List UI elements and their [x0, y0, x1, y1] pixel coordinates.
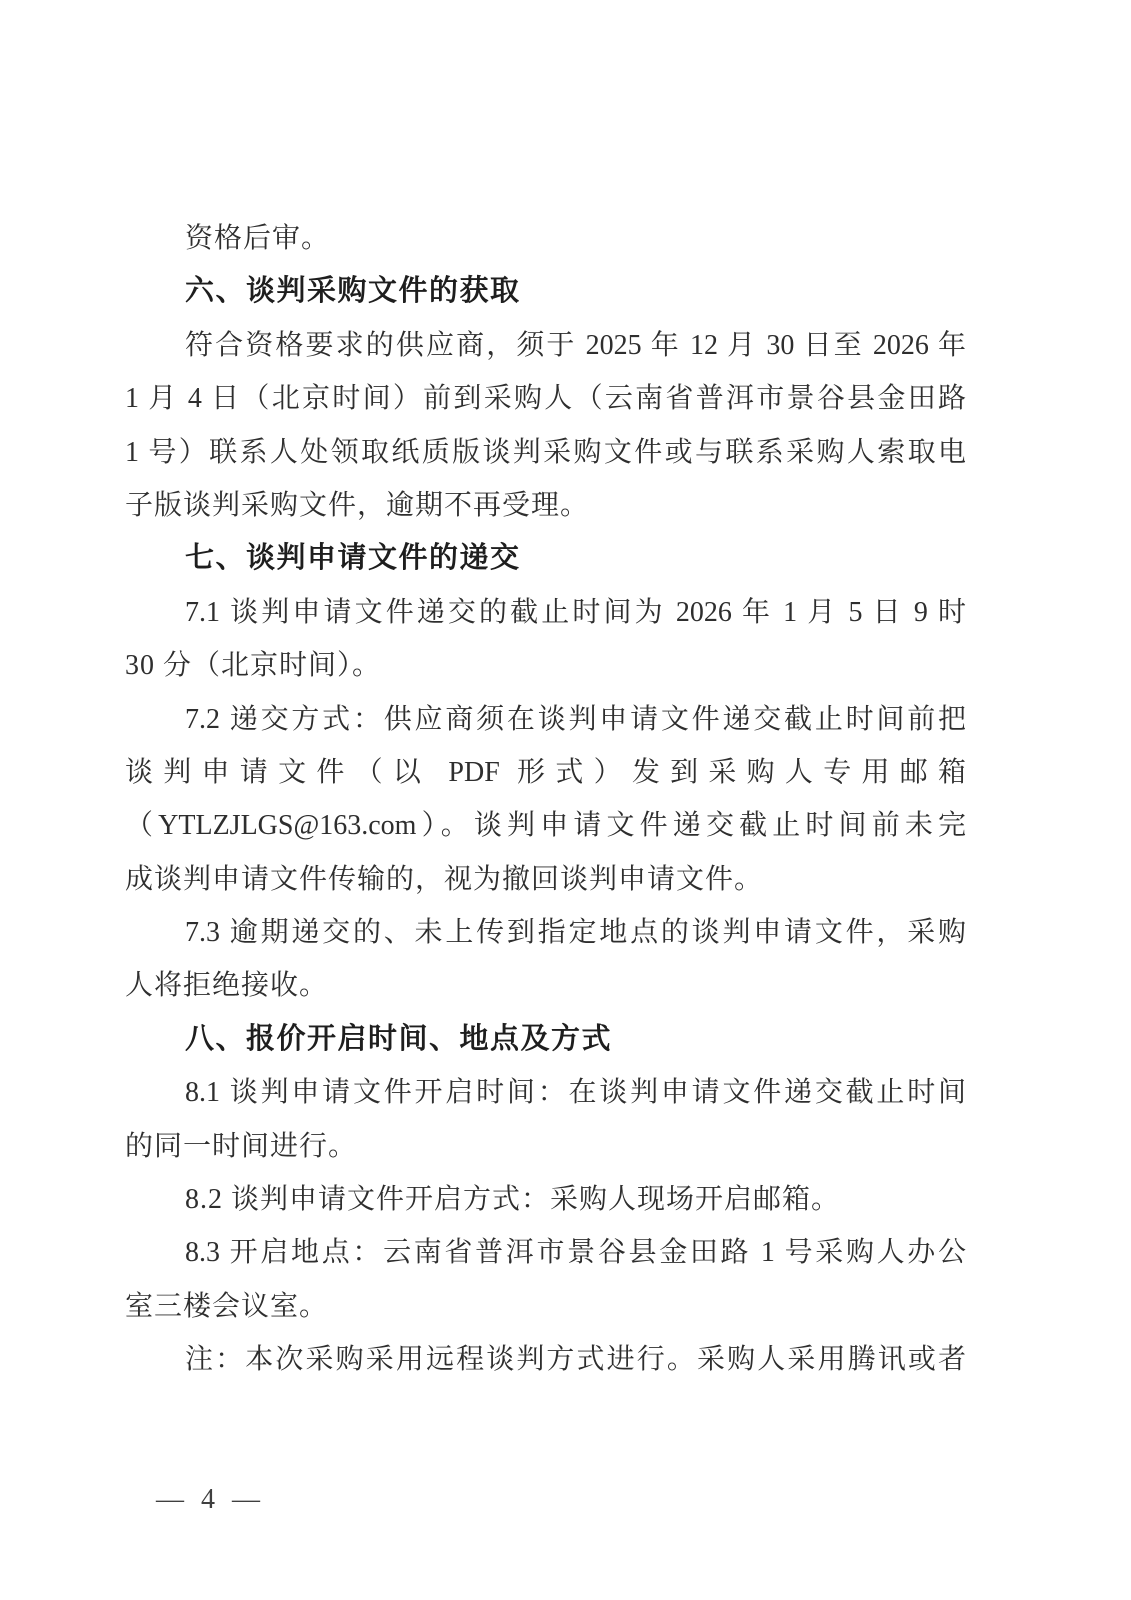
- doc-line-email: （YTLZJLGS@163.com）。谈判申请文件递交截止时间前未完: [125, 799, 966, 852]
- doc-line: 室三楼会议室。: [125, 1280, 966, 1333]
- doc-line: 人将拒绝接收。: [125, 959, 966, 1012]
- document-text-block: 资格后审。 六、谈判采购文件的获取 符合资格要求的供应商，须于 2025 年 1…: [125, 212, 966, 1387]
- doc-line: 的同一时间进行。: [125, 1120, 966, 1173]
- doc-line: 7.2 递交方式：供应商须在谈判申请文件递交截止时间前把: [125, 693, 966, 746]
- section-heading-7: 七、谈判申请文件的递交: [125, 532, 966, 585]
- document-page: 资格后审。 六、谈判采购文件的获取 符合资格要求的供应商，须于 2025 年 1…: [0, 0, 1131, 1600]
- doc-line: 资格后审。: [125, 212, 966, 265]
- doc-line: 8.3 开启地点：云南省普洱市景谷县金田路 1 号采购人办公: [125, 1226, 966, 1279]
- doc-line: 8.1 谈判申请文件开启时间：在谈判申请文件递交截止时间: [125, 1066, 966, 1119]
- doc-line: 谈判申请文件（以 PDF 形式）发到采购人专用邮箱: [125, 746, 966, 799]
- doc-line: 8.2 谈判申请文件开启方式：采购人现场开启邮箱。: [125, 1173, 966, 1226]
- section-heading-8: 八、报价开启时间、地点及方式: [125, 1013, 966, 1066]
- doc-line: 子版谈判采购文件，逾期不再受理。: [125, 479, 966, 532]
- doc-line: 1 号）联系人处领取纸质版谈判采购文件或与联系采购人索取电: [125, 426, 966, 479]
- doc-line: 30 分（北京时间）。: [125, 639, 966, 692]
- section-heading-6: 六、谈判采购文件的获取: [125, 265, 966, 318]
- doc-line: 成谈判申请文件传输的，视为撤回谈判申请文件。: [125, 853, 966, 906]
- doc-line: 1 月 4 日（北京时间）前到采购人（云南省普洱市景谷县金田路: [125, 372, 966, 425]
- page-number: — 4 —: [156, 1484, 262, 1516]
- doc-line: 7.1 谈判申请文件递交的截止时间为 2026 年 1 月 5 日 9 时: [125, 586, 966, 639]
- doc-line: 7.3 逾期递交的、未上传到指定地点的谈判申请文件，采购: [125, 906, 966, 959]
- doc-line: 符合资格要求的供应商，须于 2025 年 12 月 30 日至 2026 年: [125, 319, 966, 372]
- doc-line-note: 注：本次采购采用远程谈判方式进行。采购人采用腾讯或者: [125, 1333, 966, 1386]
